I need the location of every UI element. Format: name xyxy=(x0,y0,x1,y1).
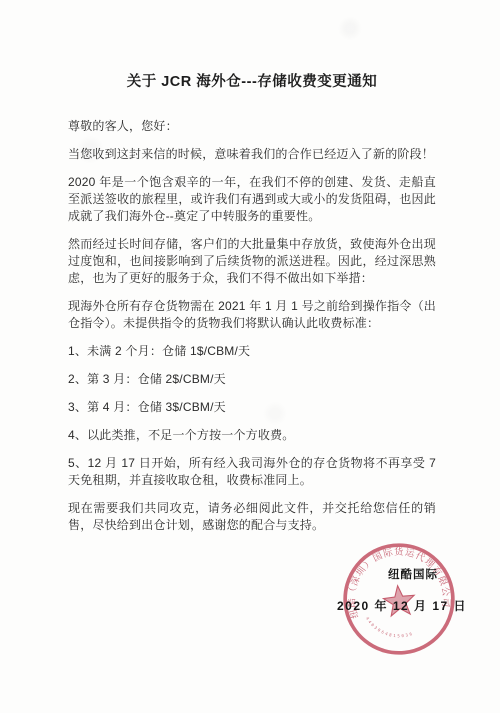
seal-serial-number: 4403064815036 xyxy=(365,611,415,641)
reason-paragraph: 然而经过长时间存储，客户们的大批量集中存放货，致使海外仓出现过度饱和，也间接影响… xyxy=(68,236,436,287)
scanned-notice-page: 关于 JCR 海外仓---存储收费变更通知 尊敬的客人，您好： 当您收到这封来信… xyxy=(0,0,500,713)
salutation: 尊敬的客人，您好： xyxy=(68,118,436,135)
fee-item-3: 3、第 4 月：仓储 3$/CBM/天 xyxy=(68,399,436,416)
closing-paragraph: 现在需要我们共同攻克，请务必细阅此文件，并交托给您信任的销售，尽快给到出仓计划，… xyxy=(68,500,436,534)
intro-paragraph: 当您收到这封来信的时候，意味着我们的合作已经迈入了新的阶段！ xyxy=(68,146,436,163)
fee-list: 1、未满 2 个月：仓储 1$/CBM/天 2、第 3 月：仓储 2$/CBM/… xyxy=(68,343,436,489)
notice-body: 关于 JCR 海外仓---存储收费变更通知 尊敬的客人，您好： 当您收到这封来信… xyxy=(68,70,436,545)
deadline-paragraph: 现海外仓所有存仓货物需在 2021 年 1 月 1 号之前给到操作指令（出仓指令… xyxy=(68,298,436,332)
signature-date: 2020 年 12 月 17 日 xyxy=(337,597,467,614)
fee-item-2: 2、第 3 月：仓储 2$/CBM/天 xyxy=(68,371,436,388)
fee-item-1: 1、未满 2 个月：仓储 1$/CBM/天 xyxy=(68,343,436,360)
signature-company: 纽酷国际 xyxy=(388,566,438,582)
fee-item-5: 5、12 月 17 日开始，所有经入我司海外仓的存仓货物将不再享受 7 天免租期… xyxy=(68,455,436,489)
fee-item-4: 4、以此类推，不足一个方按一个方收费。 xyxy=(68,427,436,444)
year-review-paragraph: 2020 年是一个饱含艰辛的一年，在我们不停的创建、发货、走船直至派送签收的旅程… xyxy=(68,174,436,225)
notice-title: 关于 JCR 海外仓---存储收费变更通知 xyxy=(68,70,436,91)
